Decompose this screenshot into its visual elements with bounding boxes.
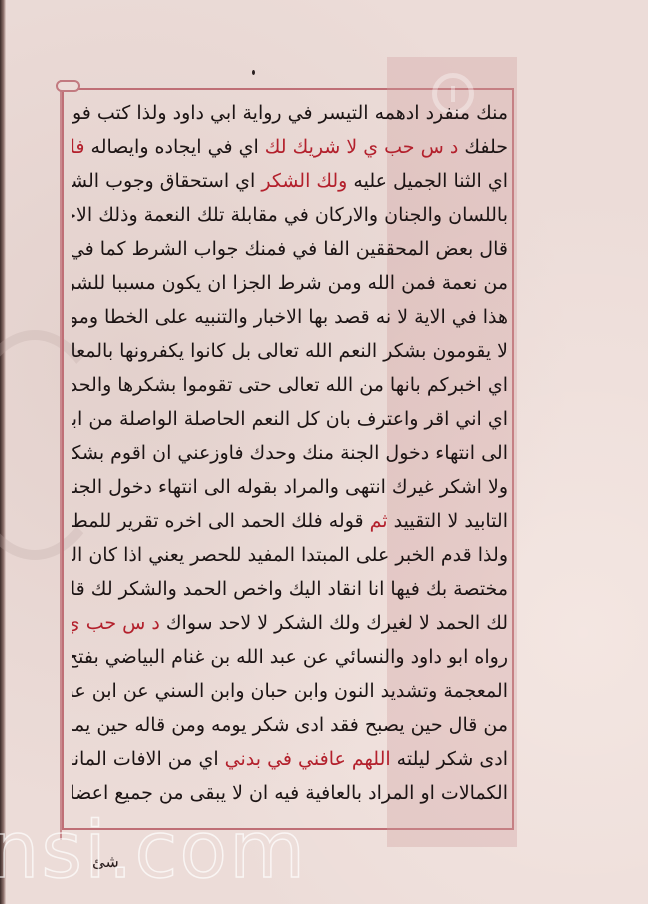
- text-segment: لا يقومون بشكر النعم الله تعالى بل كانوا…: [72, 340, 508, 362]
- text-segment: اي اخبركم بانها من الله تعالى حتى تقوموا…: [72, 374, 508, 396]
- text-segment: اي اني اقر واعترف بان كل النعم الحاصلة ا…: [72, 408, 508, 430]
- text-segment: ولا اشكر غيرك انتهى والمراد بقوله الى ان…: [72, 476, 508, 498]
- text-line: ادى شكر ليلته اللهم عافني في بدني اي من …: [72, 742, 508, 776]
- text-line: رواه ابو داود والنسائي عن عبد الله بن غن…: [72, 640, 508, 674]
- text-segment: التابيد لا التقييد: [388, 510, 508, 532]
- text-segment: اي في ايجاده وايصاله: [84, 136, 258, 158]
- text-segment: قال بعض المحققين الفا في فمنك جواب الشرط…: [72, 238, 508, 260]
- text-segment: اي استحقاق وجوب الشكر علينا: [72, 170, 255, 192]
- rubric-segment: ثم: [370, 510, 388, 532]
- text-line: هذا في الاية لا نه قصد بها الاخبار والتن…: [72, 300, 508, 334]
- text-line: باللسان والجنان والاركان في مقابلة تلك ا…: [72, 198, 508, 232]
- text-line: قال بعض المحققين الفا في فمنك جواب الشرط…: [72, 232, 508, 266]
- rubric-segment: ولك الشكر: [255, 170, 347, 192]
- text-segment: منك منفرد ادهمه التيسر في رواية ابي داود…: [72, 102, 508, 124]
- manuscript-page: منك منفرد ادهمه التيسر في رواية ابي داود…: [0, 0, 648, 904]
- rubric-segment: د س حب ي: [72, 612, 160, 634]
- text-line: الى انتهاء دخول الجنة منك وحدك فاوزعني ا…: [72, 436, 508, 470]
- text-segment: رواه ابو داود والنسائي عن عبد الله بن غن…: [72, 646, 508, 668]
- text-segment: اي من الافات المانعة عن: [72, 748, 225, 770]
- text-segment: ولذا قدم الخبر على المبتدا المفيد للحصر …: [72, 544, 508, 566]
- text-segment: اي الثنا الجميل عليه: [347, 170, 508, 192]
- text-line: من نعمة فمن الله ومن شرط الجزا ان يكون م…: [72, 266, 508, 300]
- text-line: اي اخبركم بانها من الله تعالى حتى تقوموا…: [72, 368, 508, 402]
- text-line: اي الثنا الجميل عليه ولك الشكر اي استحقا…: [72, 164, 508, 198]
- text-line: ولا اشكر غيرك انتهى والمراد بقوله الى ان…: [72, 470, 508, 504]
- text-line: التابيد لا التقييد ثم قوله فلك الحمد الى…: [72, 504, 508, 538]
- text-segment: من قال حين يصبح فقد ادى شكر يومه ومن قال…: [72, 714, 508, 736]
- text-segment: باللسان والجنان والاركان في مقابلة تلك ا…: [72, 204, 508, 226]
- text-line: من قال حين يصبح فقد ادى شكر يومه ومن قال…: [72, 708, 508, 742]
- text-line: منك منفرد ادهمه التيسر في رواية ابي داود…: [72, 96, 508, 130]
- text-segment: حلفك: [464, 136, 508, 158]
- text-line: لا يقومون بشكر النعم الله تعالى بل كانوا…: [72, 334, 508, 368]
- text-segment: الكمالات او المراد بالعافية فيه ان لا يب…: [72, 782, 508, 804]
- text-line: مختصة بك فيها انا انقاد اليك واخص الحمد …: [72, 572, 508, 606]
- text-line: اي اني اقر واعترف بان كل النعم الحاصلة ا…: [72, 402, 508, 436]
- ink-dot: [252, 70, 255, 75]
- text-segment: المعجمة وتشديد النون وابن حبان وابن السن…: [72, 680, 508, 702]
- text-segment: من نعمة فمن الله ومن شرط الجزا ان يكون م…: [72, 272, 508, 294]
- rubric-segment: د س حب ي لا شريك لك: [259, 136, 465, 158]
- rubric-segment: فلك الحمد: [72, 136, 84, 158]
- text-line: المعجمة وتشديد النون وابن حبان وابن السن…: [72, 674, 508, 708]
- text-segment: الى انتهاء دخول الجنة منك وحدك فاوزعني ا…: [72, 442, 508, 464]
- text-segment: هذا في الاية لا نه قصد بها الاخبار والتن…: [72, 306, 508, 328]
- text-segment: قوله فلك الحمد الى اخره تقرير للمطلوب: [72, 510, 370, 532]
- text-line: لك الحمد لا لغيرك ولك الشكر لا لاحد سواك…: [72, 606, 508, 640]
- text-segment: لك الحمد لا لغيرك ولك الشكر لا لاحد سواك: [160, 612, 508, 634]
- text-line: حلفك د س حب ي لا شريك لك اي في ايجاده وا…: [72, 130, 508, 164]
- site-watermark: nsi.com: [0, 812, 307, 890]
- text-line: ولذا قدم الخبر على المبتدا المفيد للحصر …: [72, 538, 508, 572]
- text-segment: ادى شكر ليلته: [391, 748, 508, 770]
- text-line: الكمالات او المراد بالعافية فيه ان لا يب…: [72, 776, 508, 810]
- frame-corner-ornament: [56, 80, 80, 92]
- rubric-segment: اللهم عافني في بدني: [225, 748, 391, 770]
- manuscript-text: منك منفرد ادهمه التيسر في رواية ابي داود…: [72, 96, 508, 810]
- text-segment: مختصة بك فيها انا انقاد اليك واخص الحمد …: [72, 578, 508, 600]
